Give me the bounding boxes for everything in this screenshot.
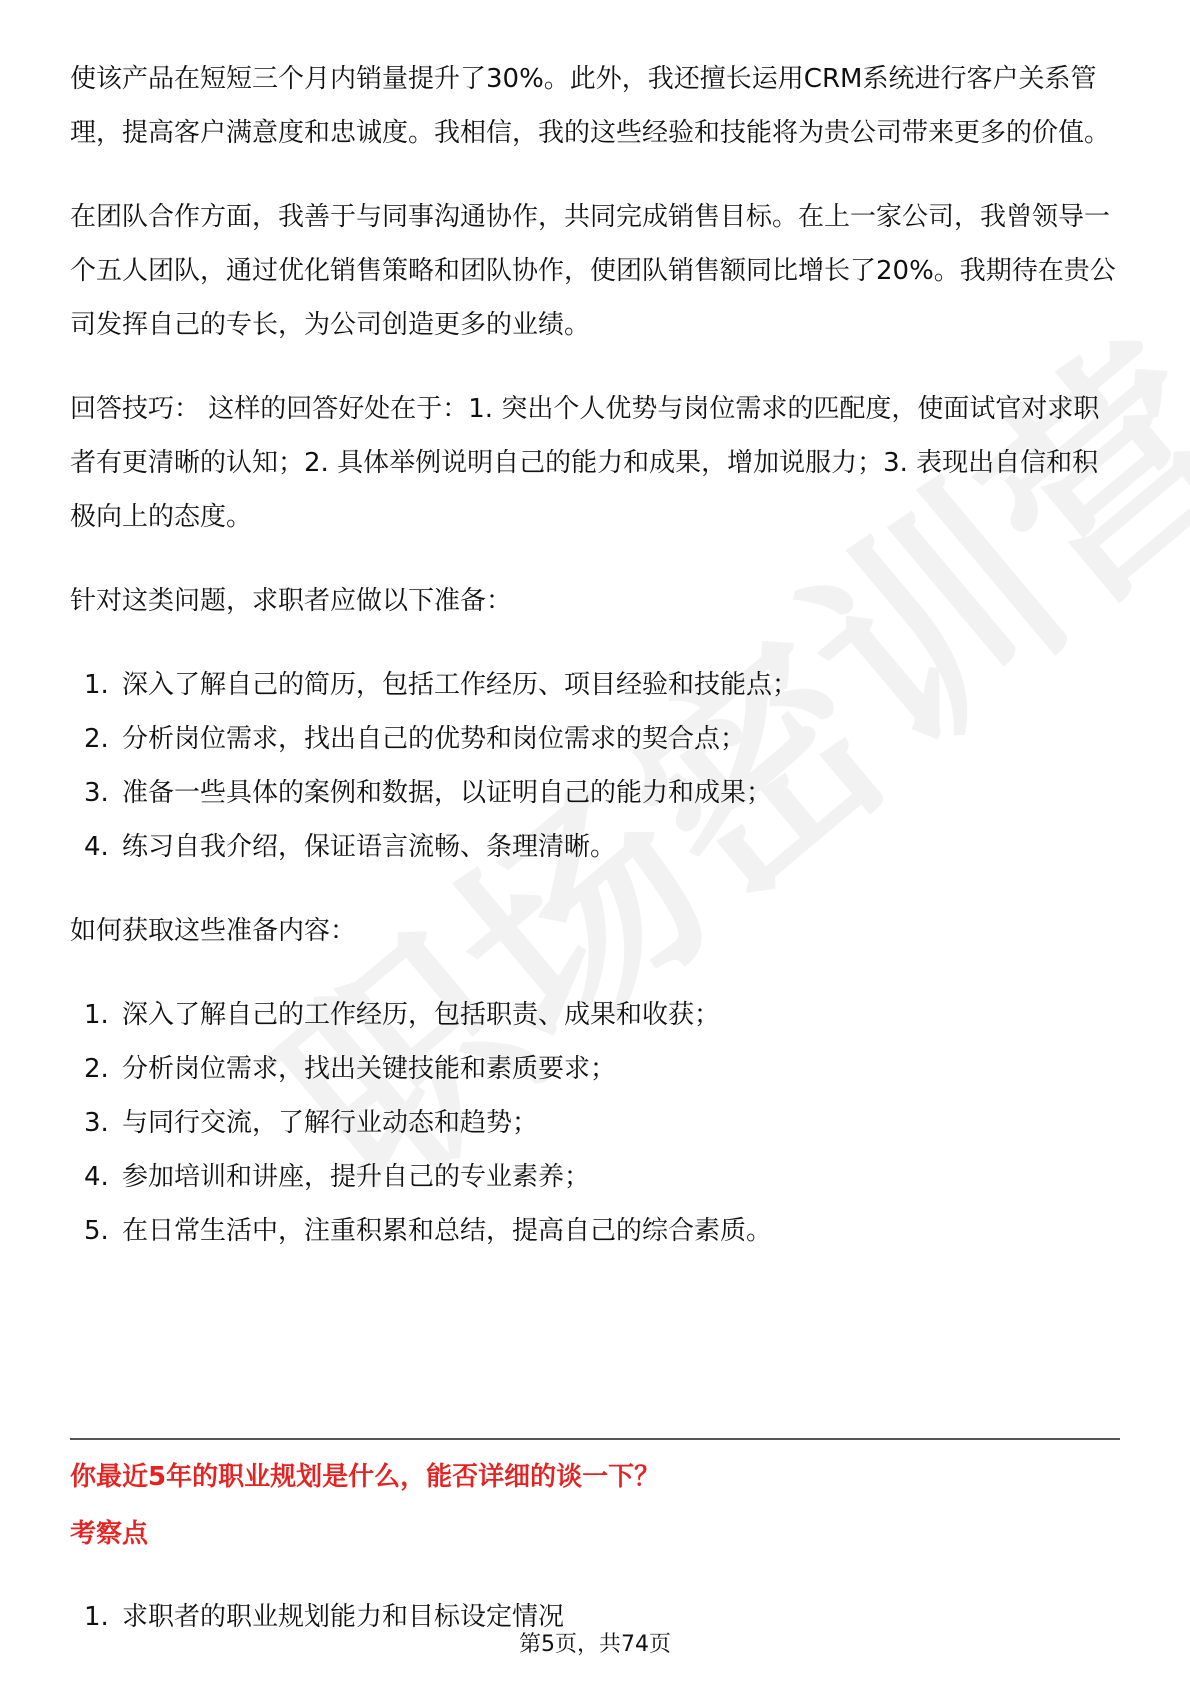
paragraph-prep-intro: 针对这类问题，求职者应做以下准备： [70,574,1120,628]
question-subheading: 考察点 [70,1512,148,1556]
how-to-heading: 如何获取这些准备内容： [70,904,1120,958]
section-divider [70,1438,1120,1440]
paragraph-experience: 使该产品在短短三个月内销量提升了30%。此外，我还擅长运用CRM系统进行客户关系… [70,52,1120,160]
paragraph-answer-tips: 回答技巧： 这样的回答好处在于：1. 突出个人优势与岗位需求的匹配度，使面试官对… [70,382,1120,544]
list-item: 5.在日常生活中，注重积累和总结，提高自己的综合素质。 [70,1204,1120,1258]
list-item: 2.分析岗位需求，找出关键技能和素质要求； [70,1042,1120,1096]
list-item: 1.深入了解自己的简历，包括工作经历、项目经验和技能点； [70,658,1120,712]
list-item: 3.与同行交流，了解行业动态和趋势； [70,1096,1120,1150]
question-title: 你最近5年的职业规划是什么，能否详细的谈一下？ [70,1455,660,1499]
document-body: 使该产品在短短三个月内销量提升了30%。此外，我还擅长运用CRM系统进行客户关系… [70,52,1120,1258]
prep-list: 1.深入了解自己的简历，包括工作经历、项目经验和技能点； 2.分析岗位需求，找出… [70,658,1120,874]
how-list: 1.深入了解自己的工作经历，包括职责、成果和收获； 2.分析岗位需求，找出关键技… [70,988,1120,1258]
list-item: 1.深入了解自己的工作经历，包括职责、成果和收获； [70,988,1120,1042]
list-item: 3.准备一些具体的案例和数据，以证明自己的能力和成果； [70,766,1120,820]
list-item: 4.参加培训和讲座，提升自己的专业素养； [70,1150,1120,1204]
list-item: 2.分析岗位需求，找出自己的优势和岗位需求的契合点； [70,712,1120,766]
paragraph-teamwork: 在团队合作方面，我善于与同事沟通协作，共同完成销售目标。在上一家公司，我曾领导一… [70,190,1120,352]
list-item: 4.练习自我介绍，保证语言流畅、条理清晰。 [70,820,1120,874]
page-number: 第5页，共74页 [0,1630,1190,1660]
